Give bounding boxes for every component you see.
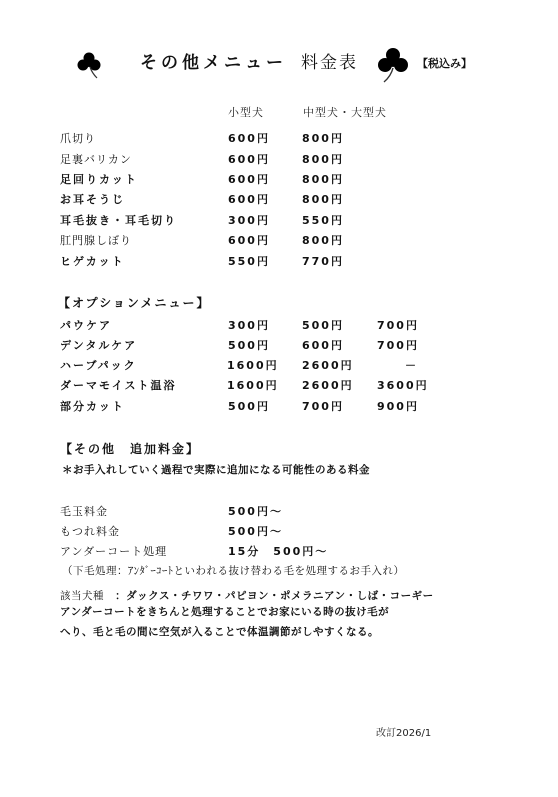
undercoat-note: （下毛処理：ｱﾝﾀﾞｰｺｰﾄといわれる抜け替わる毛を処理するお手入れ） (62, 563, 405, 578)
price-small: 600円 (228, 151, 270, 167)
option-item-label: パウケア (60, 317, 112, 333)
price-col2: 600円 (302, 337, 344, 353)
title-sub: 料金表 (301, 53, 358, 73)
price-col1: 1600円 (227, 357, 279, 373)
price-small: 550円 (228, 253, 270, 269)
price-medium-large: 770円 (302, 253, 344, 269)
menu-item-label: ヒゲカット (60, 253, 125, 269)
price-medium-large: 550円 (302, 212, 344, 228)
fee-label: もつれ料金 (60, 523, 120, 539)
option-item-label: 部分カット (60, 398, 125, 414)
option-item-label: ハーブパック (60, 357, 137, 373)
price-small: 300円 (228, 212, 270, 228)
price-col1: 1600円 (227, 377, 279, 393)
price-small: 600円 (228, 191, 270, 207)
price-small: 600円 (228, 171, 270, 187)
price-col2: 2600円 (302, 357, 354, 373)
fee-label: 毛玉料金 (60, 503, 108, 519)
menu-item-label: 足回りカット (60, 171, 138, 187)
menu-item-label: お耳そうじ (60, 191, 125, 207)
menu-item-label: 足裏バリカン (60, 151, 132, 167)
price-medium-large: 800円 (302, 151, 344, 167)
menu-item-label: 肛門腺しぼり (60, 232, 132, 248)
breeds-list: ：ダックス・チワワ・パピヨン・ポメラニアン・しば・コーギー (115, 590, 433, 602)
price-col2: 500円 (302, 317, 344, 333)
price-medium-large: 800円 (302, 191, 344, 207)
price-col2: 2600円 (302, 377, 354, 393)
price-col3: 700円 (377, 317, 419, 333)
column-header-medium-large: 中型犬・大型犬 (303, 104, 387, 120)
price-col1: 500円 (228, 337, 270, 353)
fee-label: アンダーコート処理 (60, 543, 167, 559)
price-small: 600円 (228, 232, 270, 248)
option-item-label: ダーマモイスト温浴 (60, 377, 177, 393)
fee-price: 500円～ (228, 503, 283, 519)
price-col2: 700円 (302, 398, 344, 414)
column-header-small: 小型犬 (228, 104, 264, 120)
price-col3: 3600円 (377, 377, 429, 393)
price-medium-large: 800円 (302, 130, 344, 146)
page-title: その他メニュー料金表 (140, 48, 358, 73)
price-col3: 700円 (377, 337, 419, 353)
breeds-line: 該当犬種 ：ダックス・チワワ・パピヨン・ポメラニアン・しば・コーギー (60, 584, 434, 603)
revision-date: 改訂2026/1 (376, 724, 431, 739)
clover-icon (76, 50, 102, 84)
explanation-line-1: アンダーコートをきちんと処理することでお家にいる時の抜け毛が (60, 604, 389, 619)
price-small: 600円 (228, 130, 270, 146)
fee-price: 15分 500円～ (228, 543, 328, 559)
price-medium-large: 800円 (302, 171, 344, 187)
menu-item-label: 爪切り (60, 130, 96, 146)
price-col1: 500円 (228, 398, 270, 414)
extra-fees-note: ＊お手入れしていく過程で実際に追加になる可能性のある料金 (62, 462, 370, 477)
price-medium-large: 800円 (302, 232, 344, 248)
extra-fees-title: 【その他 追加料金】 (60, 440, 200, 457)
option-item-label: デンタルケア (60, 337, 137, 353)
price-col3: 900円 (377, 398, 419, 414)
menu-item-label: 耳毛抜き・耳毛切り (60, 212, 177, 228)
tax-included-label: 【税込み】 (417, 55, 472, 71)
price-col1: 300円 (228, 317, 270, 333)
price-col3: － (405, 357, 418, 373)
breeds-label: 該当犬種 (60, 590, 104, 602)
option-menu-title: 【オプションメニュー】 (58, 294, 211, 311)
title-main: その他メニュー (140, 53, 287, 73)
fee-price: 500円～ (228, 523, 283, 539)
clover-icon (376, 46, 410, 88)
explanation-line-2: へり、毛と毛の間に空気が入ることで体温調節がしやすくなる。 (60, 624, 379, 639)
